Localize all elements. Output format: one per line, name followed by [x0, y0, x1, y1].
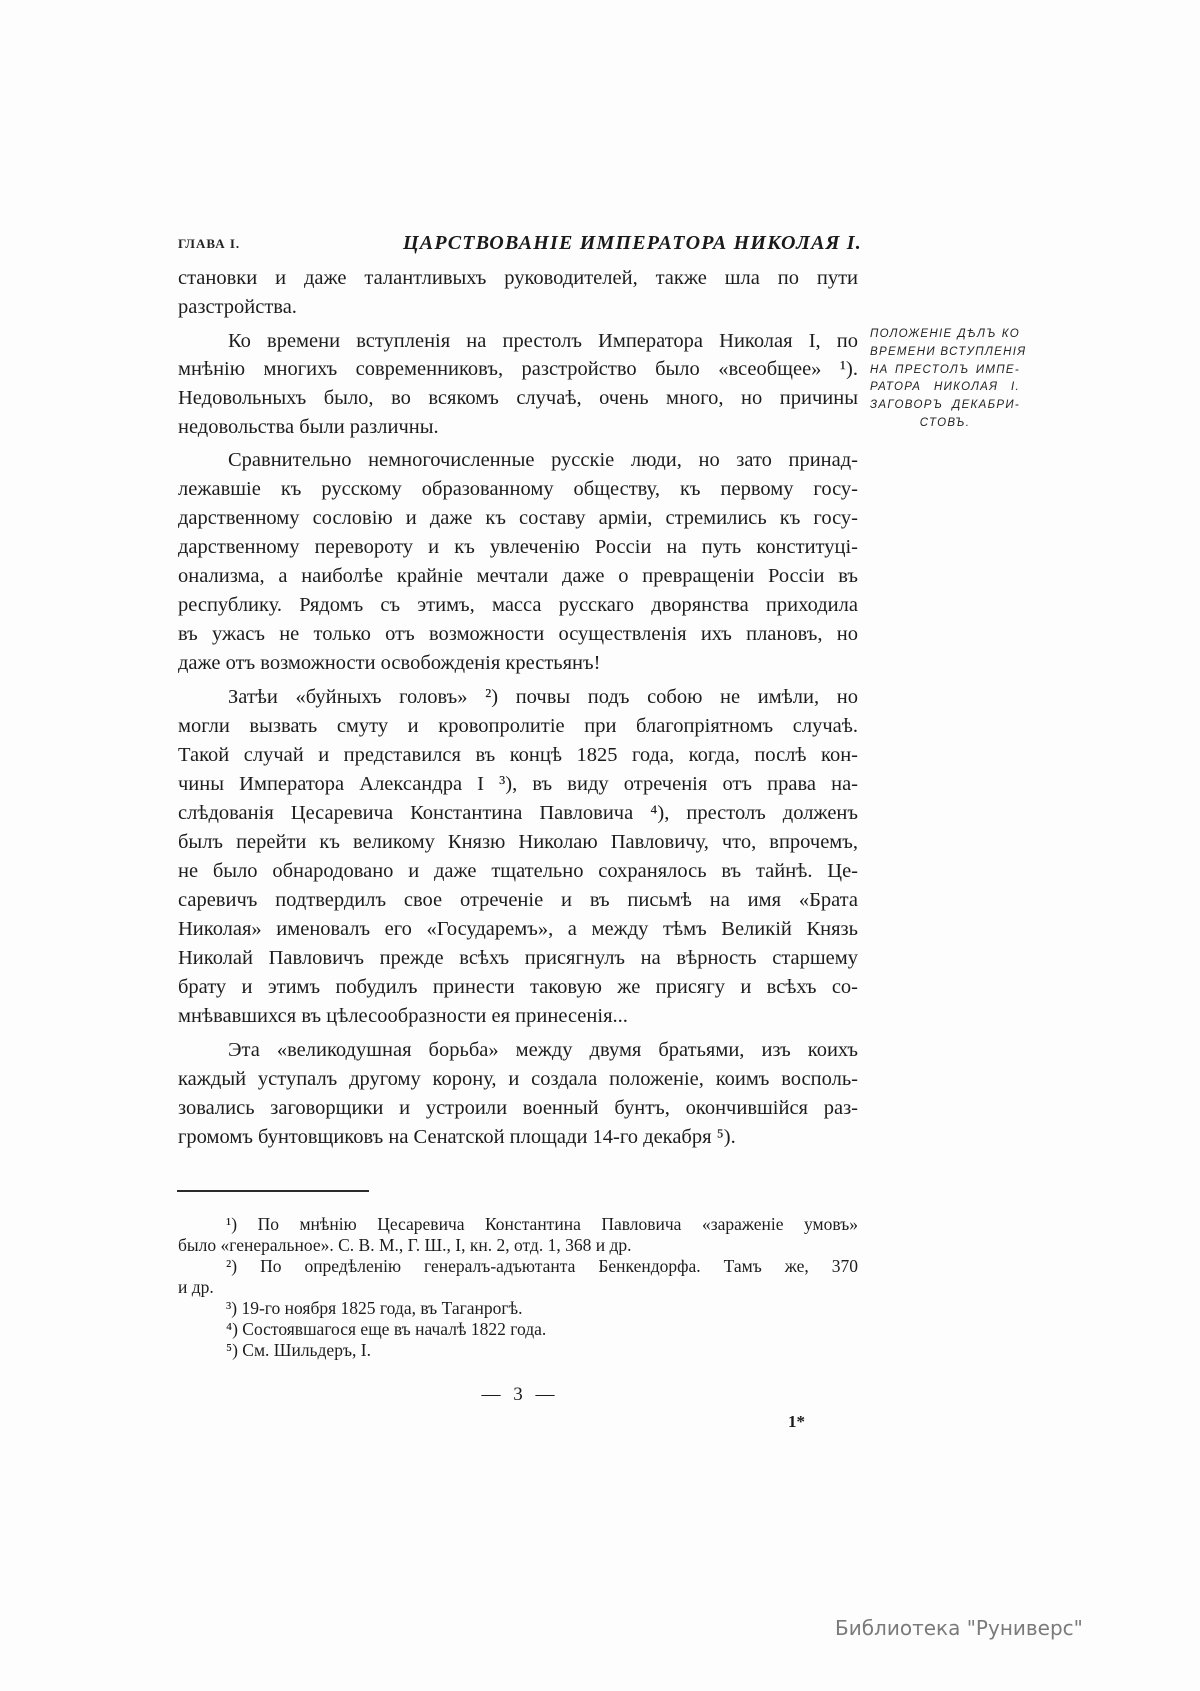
body-line: даже отъ возможности освобожденія кресть… — [178, 649, 858, 678]
body-line: зовались заговорщики и устроили военный … — [178, 1094, 858, 1123]
body-line: становки и даже талантливыхъ руководител… — [178, 264, 858, 293]
footnote-5: ⁵) См. Шильдеръ, I. — [226, 1340, 858, 1361]
footnote-1: ¹) По мнѣнію Цесаревича Константина Павл… — [226, 1214, 858, 1235]
page-number: — 3 — — [470, 1384, 570, 1406]
library-watermark: Библиотека "Руниверс" — [835, 1616, 1083, 1640]
margin-note: ПОЛОЖЕНІЕ ДѢЛЪ КО ВРЕМЕНИ ВСТУПЛЕНІЯ НА … — [870, 326, 1020, 433]
margin-note-line: ПОЛОЖЕНІЕ ДѢЛЪ КО — [870, 326, 1020, 344]
body-line: лежавшіе къ русскому образованному общес… — [178, 475, 858, 504]
footnote-3: ³) 19-го ноября 1825 года, въ Таганрогѣ. — [226, 1298, 858, 1319]
body-line: дарственному перевороту и къ увлеченію Р… — [178, 533, 858, 562]
paragraph-start: Эта «великодушная борьба» между двумя бр… — [228, 1036, 858, 1065]
body-line: могли вызвать смуту и кровопролитіе при … — [178, 712, 858, 741]
body-line: недовольства были различны. — [178, 413, 858, 442]
body-line: не было обнародовано и даже тщательно со… — [178, 857, 858, 886]
body-line: мнѣвавшихся въ цѣлесообразности ея прине… — [178, 1002, 858, 1031]
body-line: Недовольныхъ было, во всякомъ случаѣ, оч… — [178, 384, 858, 413]
body-line: чины Императора Александра I ³), въ виду… — [178, 770, 858, 799]
body-line: былъ перейти къ великому Князю Николаю П… — [178, 828, 858, 857]
body-line: слѣдованія Цесаревича Константина Павлов… — [178, 799, 858, 828]
running-head: ГЛАВА I. ЦАРСТВОВАНІЕ ИМПЕРАТОРА НИКОЛАЯ… — [178, 232, 862, 256]
margin-note-line: ВРЕМЕНИ ВСТУПЛЕНІЯ — [870, 344, 1020, 362]
running-title: ЦАРСТВОВАНІЕ ИМПЕРАТОРА НИКОЛАЯ I. — [403, 232, 862, 255]
footnote-2: ²) По опредѣленію генералъ-адъютанта Бен… — [226, 1256, 858, 1277]
margin-note-line: РАТОРА НИКОЛАЯ I. — [870, 379, 1020, 397]
body-line: мнѣнію многихъ современниковъ, разстройс… — [178, 355, 858, 384]
body-line: Николая» именовалъ его «Государемъ», а м… — [178, 915, 858, 944]
body-line: брату и этимъ побудилъ принести таковую … — [178, 973, 858, 1002]
chapter-label: ГЛАВА I. — [178, 236, 240, 252]
signature-mark: 1* — [788, 1412, 805, 1432]
body-line: каждый уступалъ другому корону, и создал… — [178, 1065, 858, 1094]
footnote-2-cont: и др. — [178, 1277, 858, 1298]
body-line: саревичъ подтвердилъ свое отреченіе и въ… — [178, 886, 858, 915]
body-line: разстройства. — [178, 293, 858, 322]
margin-note-line: СТОВЪ. — [870, 415, 1020, 433]
footnote-1-cont: было «генеральное». С. В. М., Г. Ш., I, … — [178, 1235, 858, 1256]
body-line: Такой случай и представился въ концѣ 182… — [178, 741, 858, 770]
paragraph-start: Ко времени вступленія на престолъ Импера… — [228, 327, 858, 356]
body-line: въ ужасъ не только отъ возможности осуще… — [178, 620, 858, 649]
paragraph-start: Сравнительно немногочисленные русскіе лю… — [228, 446, 858, 475]
footnote-divider — [177, 1190, 369, 1192]
paragraph-start: Затѣи «буйныхъ головъ» ²) почвы подъ соб… — [228, 683, 858, 712]
body-line: дарственному сословію и даже къ составу … — [178, 504, 858, 533]
document-page: ГЛАВА I. ЦАРСТВОВАНІЕ ИМПЕРАТОРА НИКОЛАЯ… — [0, 0, 1200, 1691]
body-line: Николай Павловичъ прежде всѣхъ присягнул… — [178, 944, 858, 973]
body-line: республику. Рядомъ съ этимъ, масса русск… — [178, 591, 858, 620]
body-line: громомъ бунтовщиковъ на Сенатской площад… — [178, 1123, 858, 1152]
body-line: онализма, а наиболѣе крайніе мечтали даж… — [178, 562, 858, 591]
margin-note-line: ЗАГОВОРЪ ДЕКАБРИ- — [870, 397, 1020, 415]
margin-note-line: НА ПРЕСТОЛЪ ИМПЕ- — [870, 362, 1020, 380]
footnote-4: ⁴) Состоявшагося еще въ началѣ 1822 года… — [226, 1319, 858, 1340]
